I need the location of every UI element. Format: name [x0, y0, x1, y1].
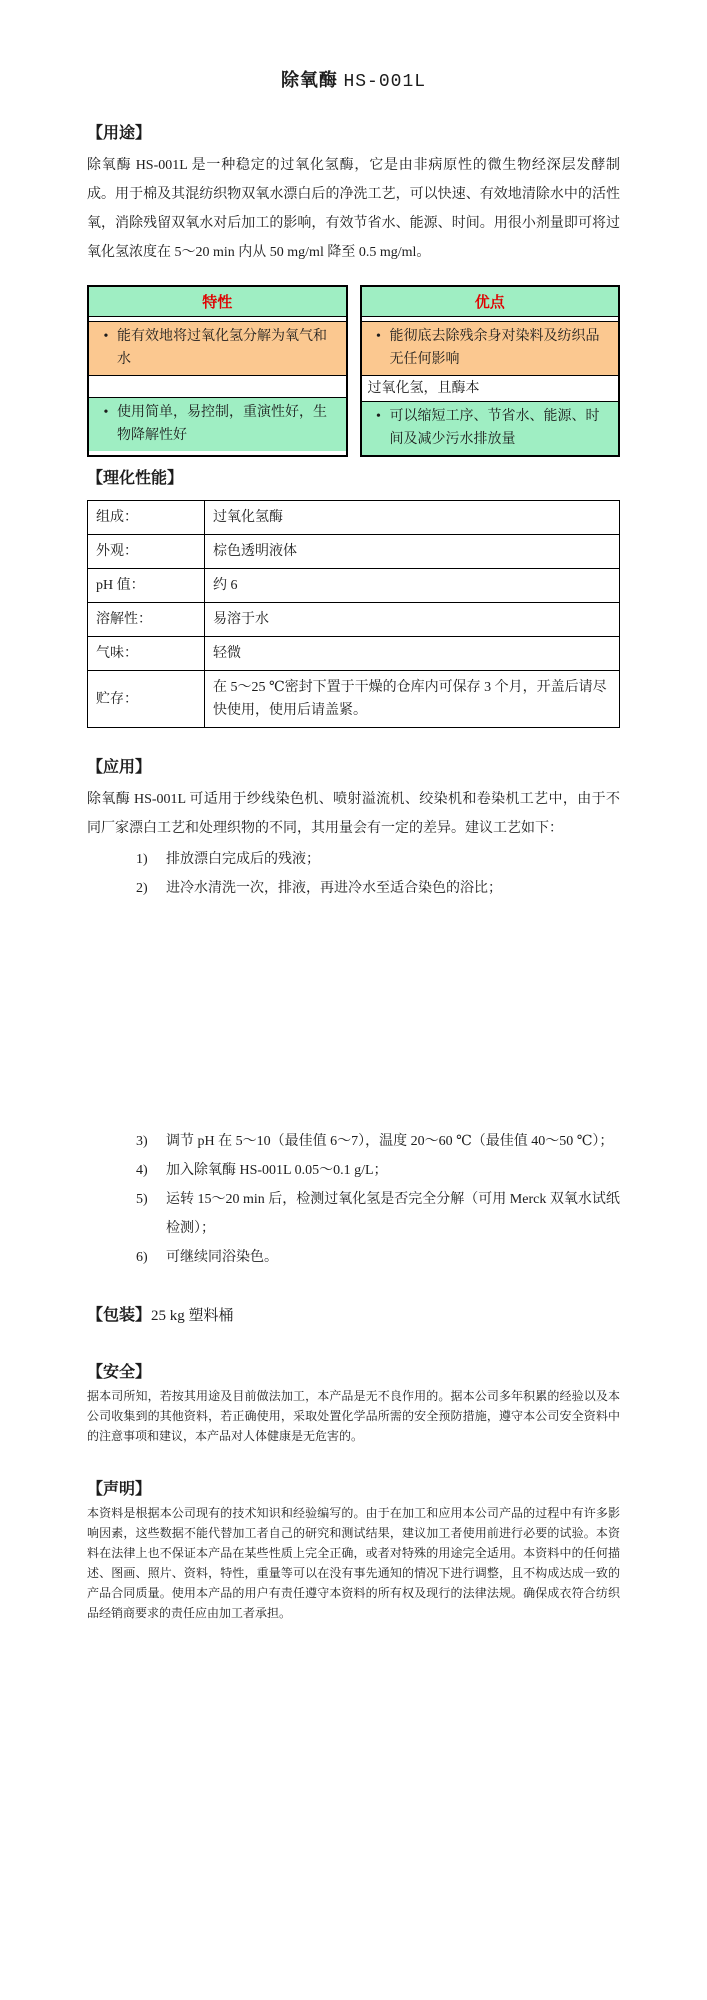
- product-name: 除氧酶: [281, 70, 338, 90]
- feature-row-2: [89, 376, 346, 398]
- advantage-column: 优点 • 能彻底去除残余身对染料及纺织品无任何影响 过氧化氢，且酶本 • 可以缩…: [360, 285, 621, 457]
- property-label: 溶解性：: [88, 603, 205, 637]
- property-label: pH 值：: [88, 569, 205, 603]
- document-page: 除氧酶 HS-001L 【用途】 除氧酶 HS-001L 是一种稳定的过氧化氢酶…: [0, 0, 707, 2000]
- property-value: 轻微: [205, 637, 620, 671]
- step-text: 加入除氧酶 HS-001L 0.05～0.1 g/L；: [166, 1156, 620, 1185]
- feature-advantage-table: 特性 • 能有效地将过氧化氢分解为氧气和水 • 使用简单，易控制，重演性好，生物…: [87, 285, 620, 457]
- property-value: 棕色透明液体: [205, 535, 620, 569]
- section-heading-packaging: 【包装】: [87, 1307, 151, 1324]
- feature-row-2-text: [95, 377, 340, 396]
- list-item: 4) 加入除氧酶 HS-001L 0.05～0.1 g/L；: [87, 1156, 620, 1185]
- table-row: 贮存： 在 5～25 ℃密封下置于干燥的仓库内可保存 3 个月，开盖后请尽快使用…: [88, 671, 620, 728]
- advantage-row-2-text: 过氧化氢，且酶本: [368, 377, 613, 400]
- property-label: 气味：: [88, 637, 205, 671]
- section-heading-statement: 【声明】: [87, 1476, 620, 1499]
- list-item: 1) 排放漂白完成后的残液；: [87, 845, 620, 874]
- section-heading-application: 【应用】: [87, 754, 620, 777]
- step-number: 6): [136, 1243, 166, 1272]
- feature-row-3: • 使用简单，易控制，重演性好，生物降解性好: [89, 398, 346, 451]
- list-item: 3) 调节 pH 在 5～10（最佳值 6～7），温度 20～60 ℃（最佳值 …: [87, 1127, 620, 1156]
- advantage-row-2: 过氧化氢，且酶本: [362, 376, 619, 402]
- page-title: 除氧酶 HS-001L: [87, 66, 620, 92]
- advantage-row-1-text: 能彻底去除残余身对染料及纺织品无任何影响: [390, 325, 613, 371]
- advantage-row-3: • 可以缩短工序、节省水、能源、时间及减少污水排放量: [362, 402, 619, 455]
- bullet-icon: •: [368, 405, 390, 451]
- feature-row-3-text: 使用简单，易控制，重演性好，生物降解性好: [117, 401, 340, 447]
- list-item: 6) 可继续同浴染色。: [87, 1243, 620, 1272]
- feature-header: 特性: [89, 287, 346, 317]
- list-item: 2) 进冷水清洗一次，排液，再进冷水至适合染色的浴比；: [87, 874, 620, 903]
- table-row: 组成： 过氧化氢酶: [88, 501, 620, 535]
- step-number: 5): [136, 1185, 166, 1243]
- section-heading-usage: 【用途】: [87, 120, 620, 143]
- statement-paragraph: 本资料是根据本公司现有的技术知识和经验编写的。由于在加工和应用本公司产品的过程中…: [87, 1503, 620, 1623]
- safety-paragraph: 据本司所知，若按其用途及目前做法加工，本产品是无不良作用的。据本公司多年积累的经…: [87, 1386, 620, 1446]
- application-intro: 除氧酶 HS-001L 可适用于纱线染色机、喷射溢流机、绞染机和卷染机工艺中，由…: [87, 785, 620, 843]
- step-number: 1): [136, 845, 166, 874]
- document-content: 除氧酶 HS-001L 【用途】 除氧酶 HS-001L 是一种稳定的过氧化氢酶…: [87, 66, 620, 1623]
- bullet-icon: •: [95, 401, 117, 447]
- packaging-line: 【包装】25 kg 塑料桶: [87, 1302, 620, 1325]
- step-text: 排放漂白完成后的残液；: [166, 845, 620, 874]
- step-number: 4): [136, 1156, 166, 1185]
- table-row: pH 值： 约 6: [88, 569, 620, 603]
- property-value: 过氧化氢酶: [205, 501, 620, 535]
- step-text: 运转 15～20 min 后，检测过氧化氢是否完全分解（可用 Merck 双氧水…: [166, 1185, 620, 1243]
- property-label: 外观：: [88, 535, 205, 569]
- properties-table: 组成： 过氧化氢酶 外观： 棕色透明液体 pH 值： 约 6 溶解性： 易溶于水…: [87, 500, 620, 728]
- page-break-gap: [87, 903, 620, 1125]
- list-item: 5) 运转 15～20 min 后，检测过氧化氢是否完全分解（可用 Merck …: [87, 1185, 620, 1243]
- step-text: 可继续同浴染色。: [166, 1243, 620, 1272]
- advantage-header: 优点: [362, 287, 619, 317]
- property-value: 约 6: [205, 569, 620, 603]
- table-row: 气味： 轻微: [88, 637, 620, 671]
- application-steps-part1: 1) 排放漂白完成后的残液； 2) 进冷水清洗一次，排液，再进冷水至适合染色的浴…: [87, 845, 620, 903]
- section-heading-properties: 【理化性能】: [87, 465, 620, 488]
- step-text: 进冷水清洗一次，排液，再进冷水至适合染色的浴比；: [166, 874, 620, 903]
- section-heading-safety: 【安全】: [87, 1359, 620, 1382]
- property-label: 贮存：: [88, 671, 205, 728]
- feature-column: 特性 • 能有效地将过氧化氢分解为氧气和水 • 使用简单，易控制，重演性好，生物…: [87, 285, 348, 457]
- application-steps-part2: 3) 调节 pH 在 5～10（最佳值 6～7），温度 20～60 ℃（最佳值 …: [87, 1127, 620, 1272]
- table-row: 溶解性： 易溶于水: [88, 603, 620, 637]
- bullet-icon: •: [95, 325, 117, 371]
- table-row: 外观： 棕色透明液体: [88, 535, 620, 569]
- product-model: HS-001L: [343, 72, 426, 92]
- feature-row-1-text: 能有效地将过氧化氢分解为氧气和水: [117, 325, 340, 371]
- usage-paragraph: 除氧酶 HS-001L 是一种稳定的过氧化氢酶，它是由非病原性的微生物经深层发酵…: [87, 151, 620, 267]
- advantage-row-1: • 能彻底去除残余身对染料及纺织品无任何影响: [362, 322, 619, 376]
- advantage-row-3-text: 可以缩短工序、节省水、能源、时间及减少污水排放量: [390, 405, 613, 451]
- property-value: 易溶于水: [205, 603, 620, 637]
- packaging-text: 25 kg 塑料桶: [151, 1308, 234, 1324]
- bullet-icon: •: [368, 325, 390, 371]
- feature-row-1: • 能有效地将过氧化氢分解为氧气和水: [89, 322, 346, 376]
- step-text: 调节 pH 在 5～10（最佳值 6～7），温度 20～60 ℃（最佳值 40～…: [166, 1127, 620, 1156]
- step-number: 2): [136, 874, 166, 903]
- property-label: 组成：: [88, 501, 205, 535]
- step-number: 3): [136, 1127, 166, 1156]
- property-value: 在 5～25 ℃密封下置于干燥的仓库内可保存 3 个月，开盖后请尽快使用，使用后…: [205, 671, 620, 728]
